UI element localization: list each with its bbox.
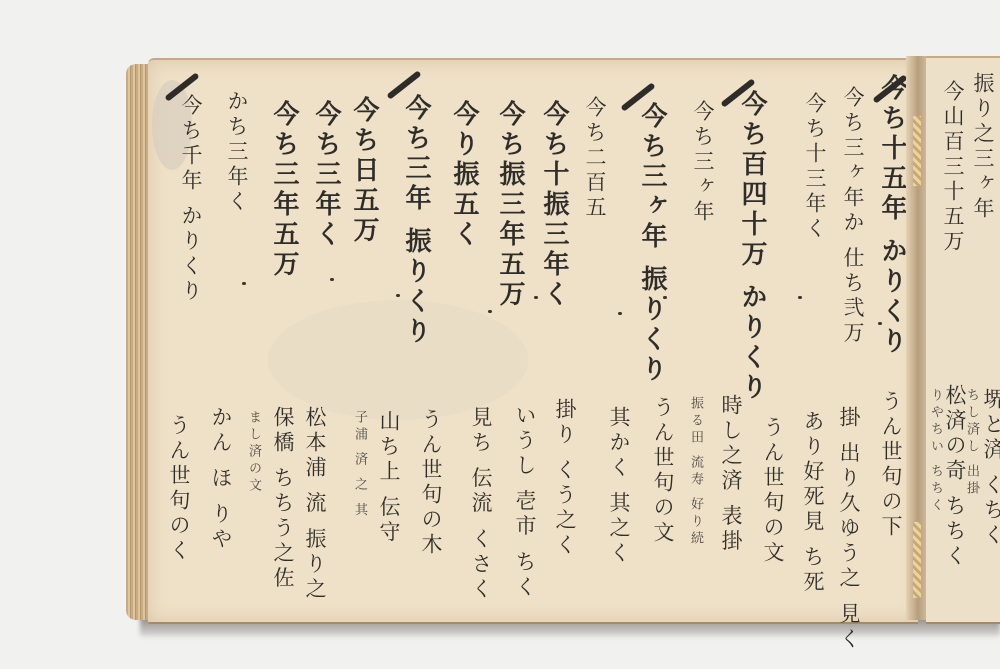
upper-column-12: 今ち日五万 (346, 96, 383, 246)
binding-thread (913, 522, 921, 598)
open-book: 今ち十五年 かりくり 今ち三ヶ年か 仕ち弐万 今ち十三年く 今ち百四十万 かりく… (126, 56, 1000, 622)
lower-column-4: うん世句の文 (758, 416, 788, 566)
lower-column-16: 保橋 ちちう之佐 (268, 406, 298, 592)
upper-column-5: 今ち三ヶ年 (688, 100, 718, 225)
lower-column-7: うん世句の文 (648, 396, 678, 546)
lower-column-18: かん ほ りや (206, 406, 236, 552)
lower-column-12: うん世句の木 (416, 408, 446, 558)
lower-column-1: うん世句の下 (876, 390, 906, 540)
lower-column-2: 掛 出り久ゆう之 見く (834, 406, 864, 652)
upper-column-8: 今ち十振三年く (536, 100, 573, 310)
lower-column-17: まし済の文 (244, 410, 263, 495)
right-upper-column-2: 今山百三十五万 (938, 80, 968, 255)
lower-column-15: 松本浦 流 振り之 (300, 406, 330, 602)
lower-column-19: うん世句のく (164, 414, 194, 564)
upper-column-4: 今ち百四十万 かりくり (734, 90, 771, 403)
lower-column-3: あり好死見 ち死 (798, 410, 828, 596)
right-page: 振り之三ヶ年 今山百三十五万 堺と済 くちく ちし済し 出掛 松済の奇 ちちく … (926, 56, 1000, 624)
upper-column-3: 今ち十三年く (800, 92, 830, 242)
lower-column-13: 山ち上 伝守 (374, 410, 404, 546)
upper-column-14: 今ち三年五万 (266, 100, 303, 280)
lower-column-14: 子浦 済 之 其 (350, 410, 369, 519)
upper-column-10: 今り振五く (446, 100, 483, 250)
upper-column-7: 今ち二百五 (580, 96, 610, 221)
lower-column-11: 見ち 伝流 くさく (466, 406, 496, 602)
lower-column-10: いうし 壱市 ちく (510, 404, 540, 600)
upper-column-9: 今ち振三年五万 (492, 100, 529, 310)
lower-column-5: 時し之済 表掛 (716, 394, 746, 555)
upper-column-2: 今ち三ヶ年か 仕ち弐万 (838, 86, 868, 347)
right-lower-column-1: 堺と済 くちく (978, 388, 1000, 549)
upper-column-6: 今ち三ヶ年 振りくり (634, 102, 671, 385)
upper-column-16: 今ち千年 かりくり (176, 94, 206, 305)
left-page: 今ち十五年 かりくり 今ち三ヶ年か 仕ち弐万 今ち十三年く 今ち百四十万 かりく… (148, 58, 918, 624)
right-upper-column-1: 振り之三ヶ年 (968, 72, 998, 222)
lower-column-9: 掛り くう之く (550, 398, 580, 559)
lower-column-8: 其かく 其之く (604, 406, 634, 567)
binding-thread (913, 116, 921, 186)
upper-column-15: かち三年く (222, 90, 252, 215)
upper-column-11: 今ち三年 振りくり (398, 94, 435, 347)
upper-column-13: 今ち三年く (308, 100, 345, 250)
lower-column-6: 振る田 流寿 好り続 (686, 396, 705, 548)
right-lower-column-4: りやちい ちちく (926, 388, 945, 515)
